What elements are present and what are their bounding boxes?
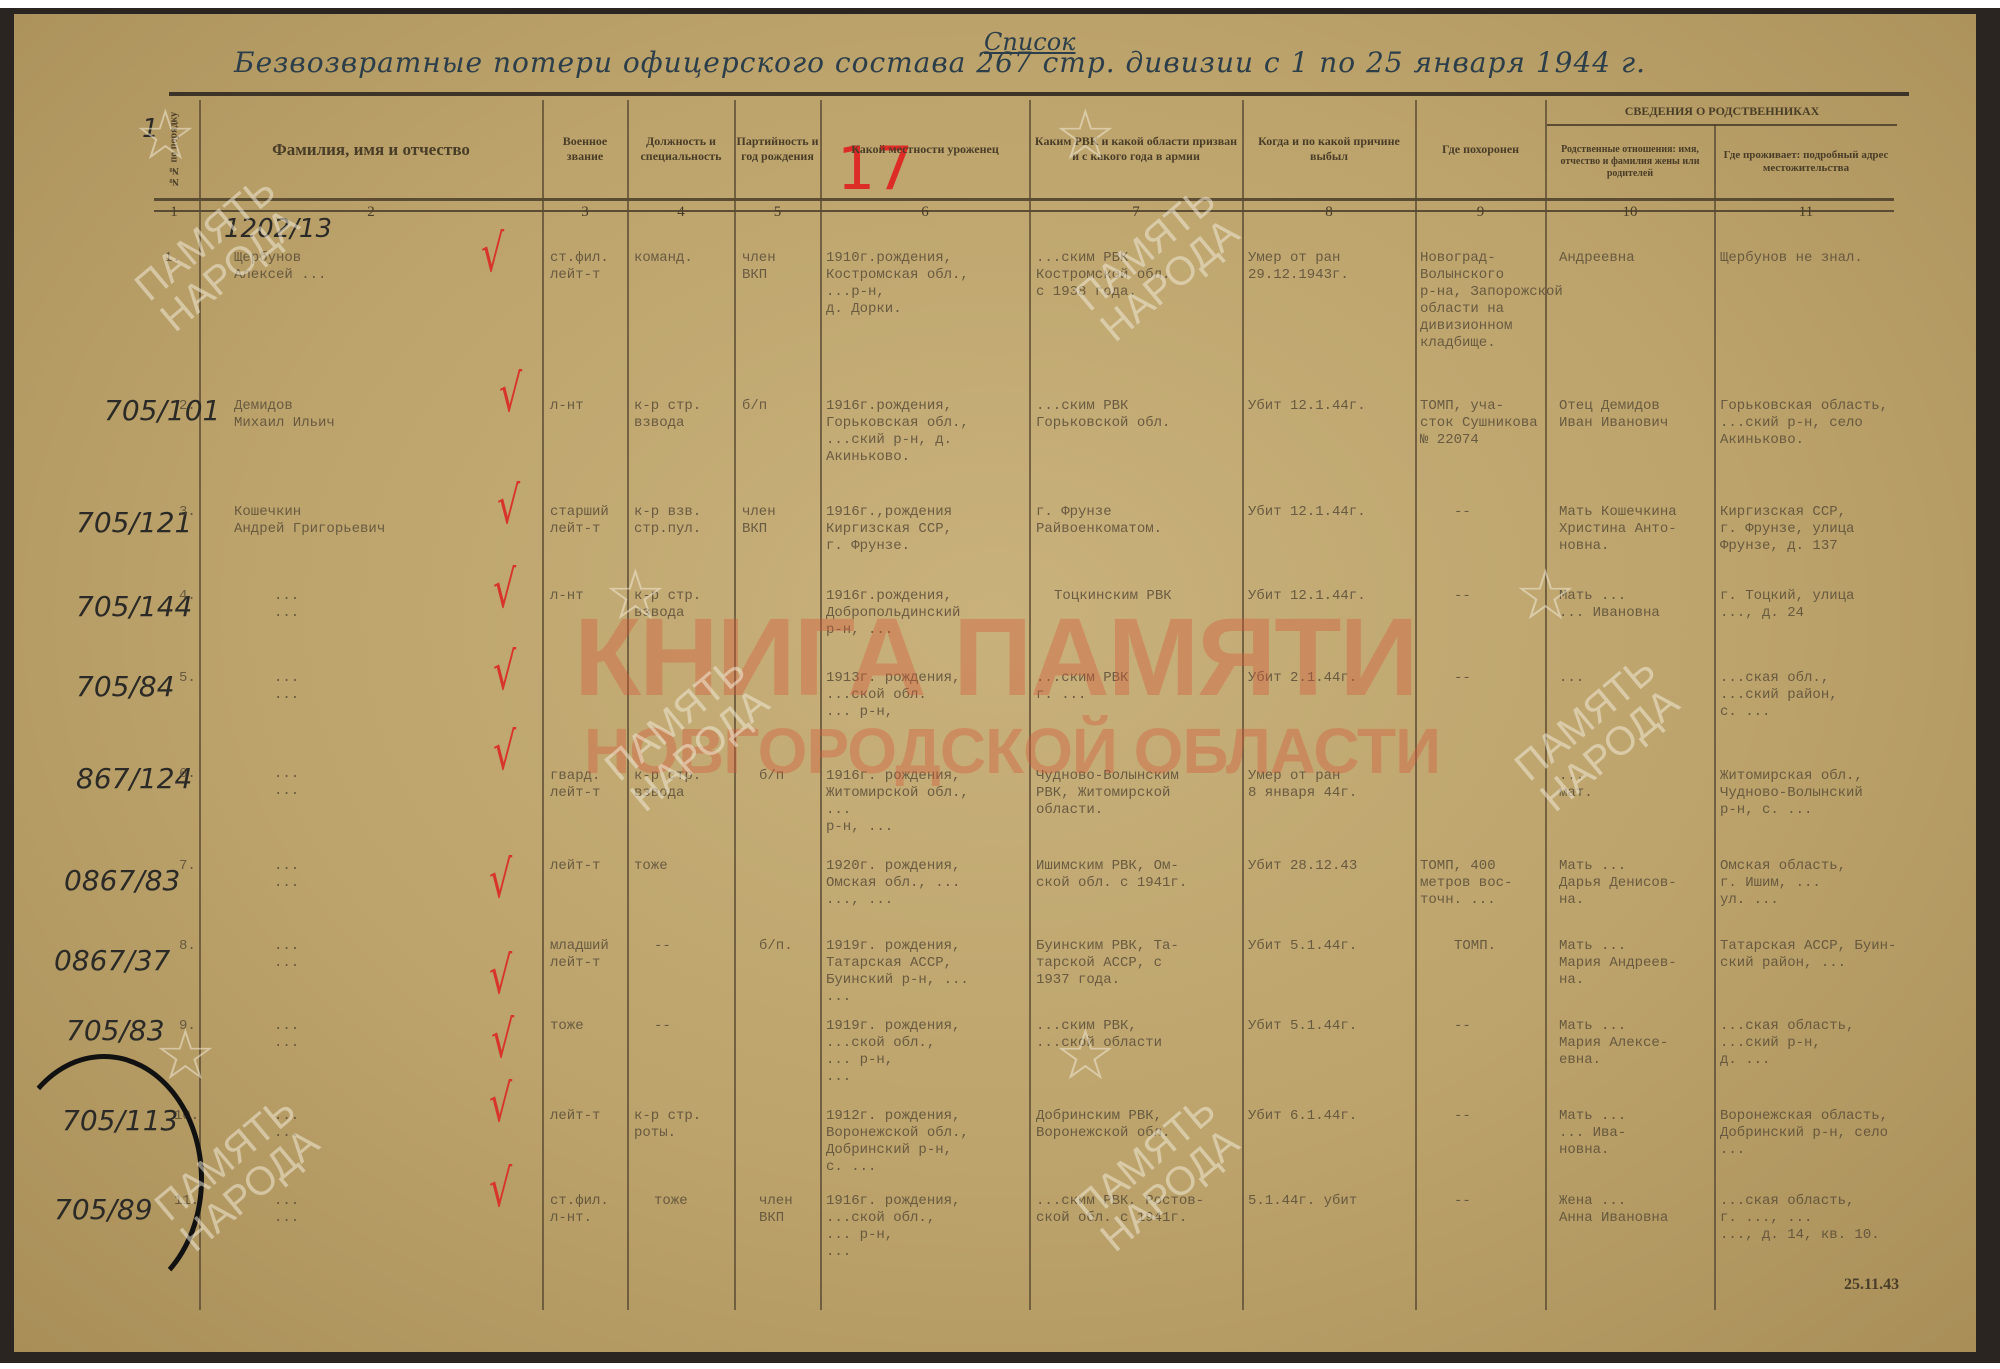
cell-rank: младший лейт-т <box>550 938 609 972</box>
cell-birthplace: 1910г.рождения, Костромская обл., ...р-н… <box>826 250 969 318</box>
archive-document: Безвозвратные потери офицерского состава… <box>14 14 1976 1352</box>
document-title: Безвозвратные потери офицерского состава… <box>234 46 1646 79</box>
cell-birthplace: 1919г. рождения, ...ской обл., ... р-н, … <box>826 1018 960 1086</box>
table-row: 1202/13 1. Щербунов Алексей ... √ ст.фил… <box>14 234 1976 384</box>
cell-buried: -- <box>1454 670 1471 687</box>
watermark-star-icon: ☆ <box>604 554 667 637</box>
archive-ref: 705/101 <box>104 394 220 427</box>
cell-buried: ТОМП. <box>1454 938 1496 955</box>
cell-address: Щербунов не знал. <box>1720 250 1863 267</box>
cell-name: ... ... <box>274 1193 299 1227</box>
header-col-4: Должность и специальность <box>629 104 733 194</box>
cell-relative: Жена ... Анна Ивановна <box>1559 1193 1668 1227</box>
cell-rank: ст.фил. лейт-т <box>550 250 609 284</box>
cell-relative: Мать Кошечкина Христина Анто- новна. <box>1559 504 1677 555</box>
cell-rank: лейт-т <box>550 858 600 875</box>
col-number: 6 <box>822 204 1028 221</box>
row-number: 3. <box>179 504 196 521</box>
cell-relative: Отец Демидов Иван Иванович <box>1559 398 1668 432</box>
red-checkmark: √ <box>497 476 520 536</box>
red-checkmark: √ <box>489 1159 512 1219</box>
col-number: 5 <box>736 204 819 221</box>
red-checkmark: √ <box>493 642 516 702</box>
red-checkmark: √ <box>489 1074 512 1134</box>
cell-address: Горьковская область, ...ский р-н, село А… <box>1720 398 1888 449</box>
watermark-star-icon: ☆ <box>1054 94 1117 177</box>
watermark-star-icon: ☆ <box>134 94 197 177</box>
cell-reason: Убит 28.12.43 <box>1248 858 1357 875</box>
row-number: 5. <box>179 670 196 687</box>
cell-address: ...ская область, г. ..., ... ..., д. 14,… <box>1720 1193 1880 1244</box>
cell-position: тоже <box>654 1193 688 1210</box>
cell-buried: -- <box>1454 1193 1471 1210</box>
cell-address: Татарская АССР, Буин- ский район, ... <box>1720 938 1896 972</box>
print-date: 25.11.43 <box>1844 1276 1899 1294</box>
red-checkmark: √ <box>489 850 512 910</box>
cell-address: Киргизская ССР, г. Фрунзе, улица Фрунзе,… <box>1720 504 1854 555</box>
red-checkmark: √ <box>481 224 504 284</box>
archive-ref: 867/124 <box>76 762 192 795</box>
col-number: 10 <box>1547 204 1713 221</box>
cell-birthplace: 1916г.,рождения Киргизская ССР, г. Фрунз… <box>826 504 952 555</box>
cell-address: Воронежская область, Добринский р-н, сел… <box>1720 1108 1888 1159</box>
cell-name: Кошечкин Андрей Григорьевич <box>234 504 385 538</box>
archive-ref: 705/84 <box>76 670 175 703</box>
cell-conscripted: Буинским РВК, Та- тарской АССР, с 1937 г… <box>1036 938 1179 989</box>
watermark-star-icon: ☆ <box>154 1014 217 1097</box>
cell-position: к-р стр. взвода <box>634 398 701 432</box>
cell-address: ...ская обл., ...ский район, с. ... <box>1720 670 1838 721</box>
row-number: 8. <box>179 938 196 955</box>
table-row: 0867/37 8. ... ... √ младший лейт-т -- б… <box>14 934 1976 1024</box>
cell-reason: Убит 5.1.44г. <box>1248 1018 1357 1035</box>
cell-position: тоже <box>634 858 668 875</box>
cell-reason: Убит 12.1.44г. <box>1248 398 1366 415</box>
cell-reason: Убит 6.1.44г. <box>1248 1108 1357 1125</box>
cell-birthplace: 1916г.рождения, Горьковская обл., ...ски… <box>826 398 969 466</box>
watermark-star-icon: ☆ <box>1054 1014 1117 1097</box>
col-number: 9 <box>1417 204 1544 221</box>
archive-ref: 0867/37 <box>54 944 170 977</box>
cell-rank: ст.фил. л-нт. <box>550 1193 609 1227</box>
cell-name: ... ... <box>274 766 299 800</box>
cell-party-birth: член ВКП <box>742 504 776 538</box>
cell-birthplace: 1919г. рождения, Татарская АССР, Буински… <box>826 938 969 1006</box>
header-col-8: Когда и по какой причине выбыл <box>1244 104 1414 194</box>
table-row: 705/101 2. Демидов Михаил Ильич √ л-нт к… <box>14 394 1976 494</box>
cell-relative: ... <box>1559 670 1584 687</box>
relatives-group-header: СВЕДЕНИЯ О РОДСТВЕННИКАХ <box>1547 100 1897 122</box>
title-underline <box>169 92 1909 96</box>
red-checkmark: √ <box>493 560 516 620</box>
header-col-9: Где похоронен <box>1417 104 1544 194</box>
cell-position: -- <box>654 1018 671 1035</box>
cell-position: команд. <box>634 250 693 267</box>
relatives-group-rule <box>1547 124 1897 126</box>
col-number: 1 <box>154 204 194 221</box>
cell-conscripted: ...ским РВК Горьковской обл. <box>1036 398 1170 432</box>
cell-position: к-р стр. роты. <box>634 1108 701 1142</box>
cell-buried: -- <box>1454 504 1471 521</box>
cell-buried: Новоград- Волынского р-на, Запорожской о… <box>1420 250 1563 352</box>
cell-buried: -- <box>1454 588 1471 605</box>
cell-conscripted: Ишимским РВК, Ом- ской обл. с 1941г. <box>1036 858 1187 892</box>
archive-ref: 705/83 <box>66 1014 165 1047</box>
cell-party-birth: член ВКП <box>742 250 776 284</box>
cell-birthplace: 1916г. рождения, ...ской обл., ... р-н, … <box>826 1193 960 1261</box>
cell-relative: Мать ... Дарья Денисов- на. <box>1559 858 1677 909</box>
cell-name: ... ... <box>274 670 299 704</box>
cell-position: к-р взв. стр.пул. <box>634 504 701 538</box>
watermark-star-icon: ☆ <box>1514 554 1577 637</box>
cell-position: -- <box>654 938 671 955</box>
table-row: 705/83 9. ... ... √ тоже -- 1919г. рожде… <box>14 1014 1976 1104</box>
cell-party-birth: б/п <box>742 398 767 415</box>
cell-birthplace: 1912г. рождения, Воронежской обл., Добри… <box>826 1108 969 1176</box>
red-checkmark: √ <box>493 722 516 782</box>
cell-reason: 5.1.44г. убит <box>1248 1193 1357 1210</box>
col-number: 8 <box>1244 204 1414 221</box>
cell-buried: -- <box>1454 1108 1471 1125</box>
cell-rank: л-нт <box>550 398 584 415</box>
table-row: 705/121 3. Кошечкин Андрей Григорьевич √… <box>14 502 1976 582</box>
table-row: 0867/83 7. ... ... √ лейт-т тоже 1920г. … <box>14 854 1976 934</box>
cell-party-birth: б/п. <box>759 938 793 955</box>
cell-rank: лейт-т <box>550 1108 600 1125</box>
red-checkmark: √ <box>499 364 522 424</box>
cell-name: ... ... <box>274 938 299 972</box>
header-col-11: Где проживает: подробный адрес местожите… <box>1716 128 1896 196</box>
cell-birthplace: 1920г. рождения, Омская обл., ... ..., .… <box>826 858 960 909</box>
cell-address: Омская область, г. Ишим, ... ул. ... <box>1720 858 1846 909</box>
col-number: 3 <box>544 204 626 221</box>
cell-address: ...ская область, ...ский р-н, д. ... <box>1720 1018 1854 1069</box>
table-row: 705/89 11. ... ... √ ст.фил. л-нт. тоже … <box>14 1189 1976 1289</box>
cell-name: ... ... <box>274 588 299 622</box>
cell-rank: старший лейт-т <box>550 504 609 538</box>
archive-ref: 705/144 <box>76 590 192 623</box>
row-number: 6. <box>179 766 196 783</box>
cell-rank: тоже <box>550 1018 584 1035</box>
row-number: 7. <box>179 858 196 875</box>
document-title-superscript: Список <box>984 28 1076 56</box>
cell-address: Житомирская обл., Чудново-Волынский р-н,… <box>1720 768 1863 819</box>
cell-relative: Мать ... ... Ива- новна. <box>1559 1108 1626 1159</box>
row-number: 2. <box>179 398 196 415</box>
cell-relative: Мать ... Мария Андреев- на. <box>1559 938 1677 989</box>
red-checkmark: √ <box>489 946 512 1006</box>
cell-address: г. Тоцкий, улица ..., д. 24 <box>1720 588 1854 622</box>
cell-reason: Умер от ран 29.12.1943г. <box>1248 250 1349 284</box>
cell-reason: Убит 5.1.44г. <box>1248 938 1357 955</box>
header-col-10: Родственные отношения: имя, отчество и ф… <box>1547 128 1713 196</box>
cell-party-birth: член ВКП <box>759 1193 793 1227</box>
cell-name: Демидов Михаил Ильич <box>234 398 335 432</box>
col-number: 11 <box>1716 204 1896 221</box>
cell-name: ... ... <box>274 858 299 892</box>
archive-ref: 705/121 <box>76 506 192 539</box>
row-number: 4. <box>179 588 196 605</box>
header-col-5: Партийность и год рождения <box>736 104 819 194</box>
red-checkmark: √ <box>491 1010 514 1070</box>
cell-reason: Убит 12.1.44г. <box>1248 504 1366 521</box>
cell-name: ... ... <box>274 1018 299 1052</box>
cell-buried: -- <box>1454 1018 1471 1035</box>
archive-ref: 0867/83 <box>64 864 180 897</box>
cell-relative: Андреевна <box>1559 250 1635 267</box>
cell-buried: ТОМП, 400 метров вос- точн. ... <box>1420 858 1512 909</box>
header-col-6: Какой местности уроженец <box>822 104 1028 194</box>
header-bottom-rule <box>154 198 1894 201</box>
image-frame: Безвозвратные потери офицерского состава… <box>0 0 2000 1369</box>
cell-relative: Мать ... Мария Алексе- евна. <box>1559 1018 1668 1069</box>
header-col-3: Военное звание <box>544 104 626 194</box>
col-number: 4 <box>629 204 733 221</box>
cell-conscripted: г. Фрунзе Райвоенкоматом. <box>1036 504 1162 538</box>
cell-buried: ТОМП, уча- сток Сушникова № 22074 <box>1420 398 1538 449</box>
